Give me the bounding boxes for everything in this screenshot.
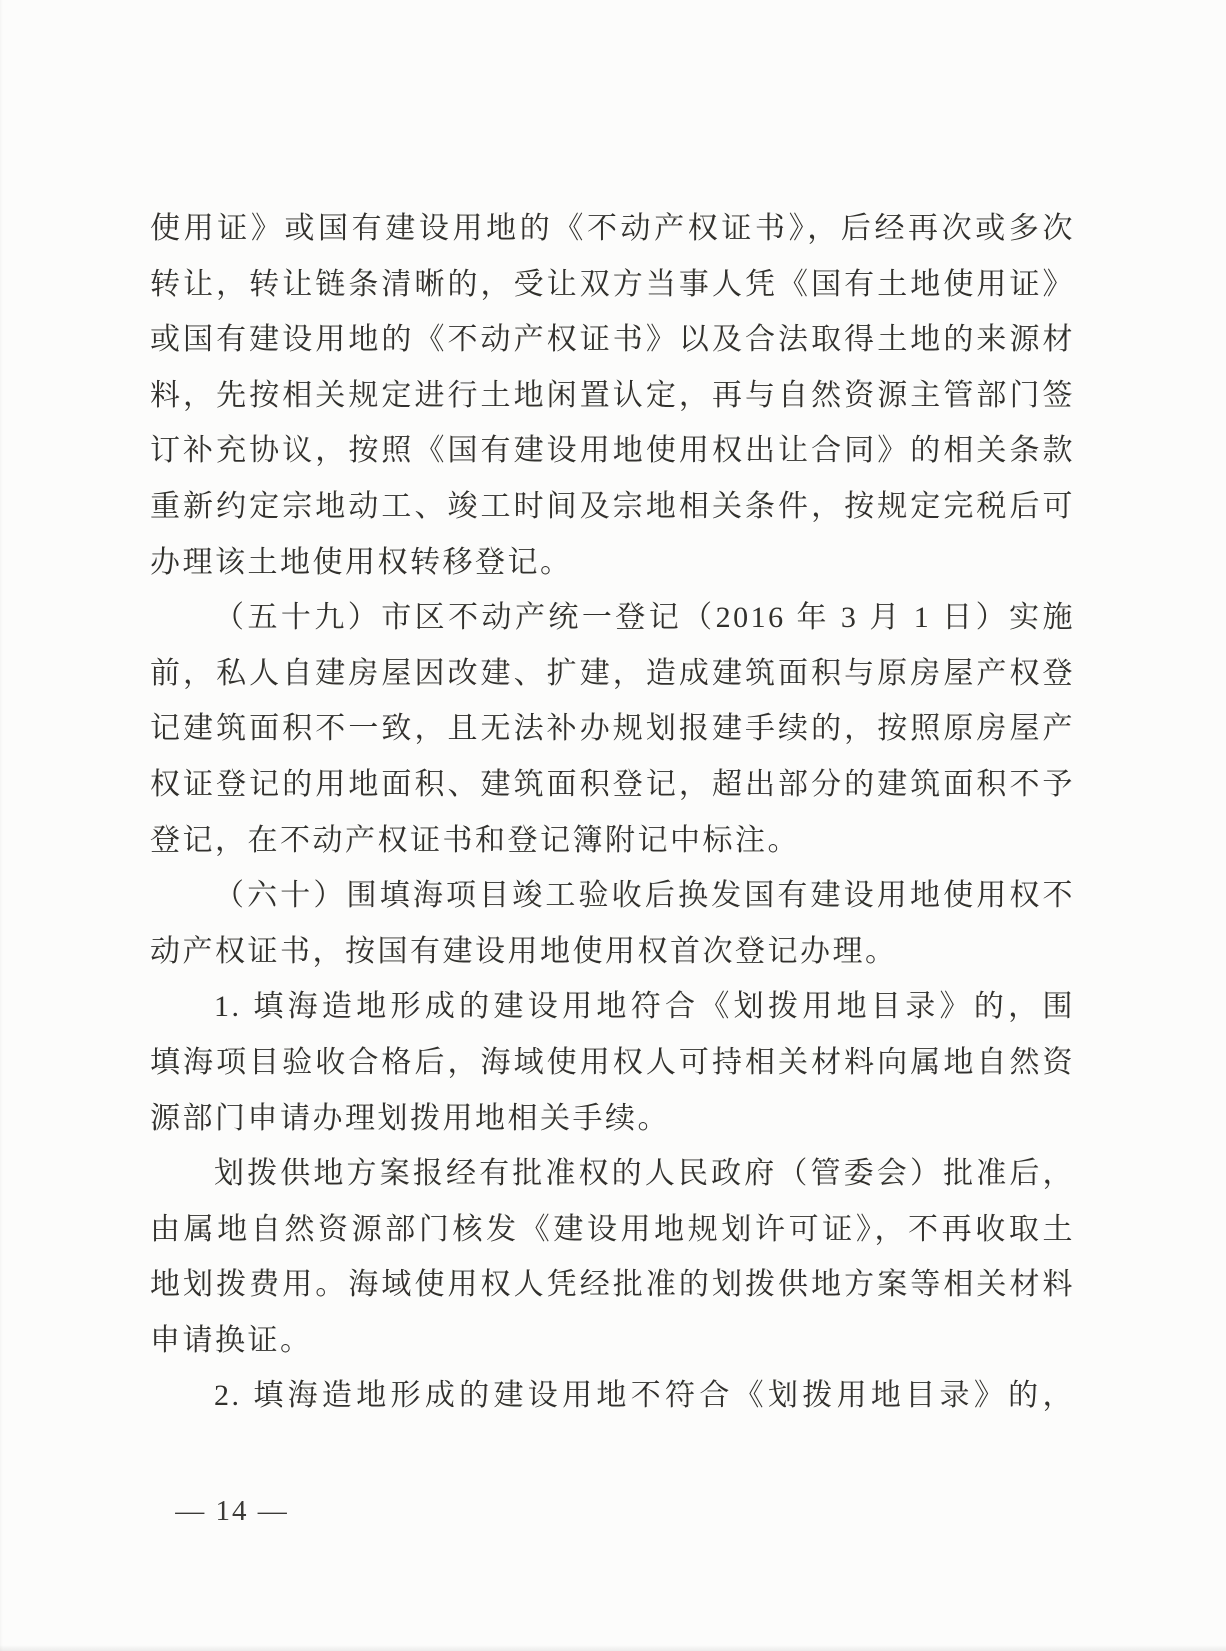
text-line: 由属地自然资源部门核发《建设用地规划许可证》，不再收取土: [150, 1202, 1075, 1258]
text-line: 权证登记的用地面积、建筑面积登记，超出部分的建筑面积不予: [150, 757, 1075, 813]
paragraph: 使用证》或国有建设用地的《不动产权证书》，后经再次或多次转让，转让链条清晰的，受…: [150, 201, 1075, 590]
text-line: （五十九）市区不动产统一登记（2016 年 3 月 1 日）实施: [150, 590, 1075, 646]
text-line: 转让，转让链条清晰的，受让双方当事人凭《国有土地使用证》: [150, 257, 1075, 313]
text-line: 办理该土地使用权转移登记。: [150, 535, 1075, 591]
text-line: 2. 填海造地形成的建设用地不符合《划拨用地目录》的，: [150, 1368, 1075, 1424]
scan-artifact-left-edge: [0, 0, 3, 1651]
text-line: 1. 填海造地形成的建设用地符合《划拨用地目录》的，围: [150, 979, 1075, 1035]
text-line: 源部门申请办理划拨用地相关手续。: [150, 1091, 1075, 1147]
text-line: 划拨供地方案报经有批准权的人民政府（管委会）批准后，: [150, 1146, 1075, 1202]
text-line: 前，私人自建房屋因改建、扩建，造成建筑面积与原房屋产权登: [150, 646, 1075, 702]
paragraph: 2. 填海造地形成的建设用地不符合《划拨用地目录》的，: [150, 1368, 1075, 1424]
paragraph: 1. 填海造地形成的建设用地符合《划拨用地目录》的，围填海项目验收合格后，海域使…: [150, 979, 1075, 1146]
document-page: { "page": { "number_label": "— 14 —" }, …: [0, 0, 1226, 1651]
text-line: 使用证》或国有建设用地的《不动产权证书》，后经再次或多次: [150, 201, 1075, 257]
document-body: 使用证》或国有建设用地的《不动产权证书》，后经再次或多次转让，转让链条清晰的，受…: [150, 201, 1075, 1424]
text-line: （六十）围填海项目竣工验收后换发国有建设用地使用权不: [150, 868, 1075, 924]
page-number: — 14 —: [148, 1488, 316, 1534]
text-line: 记建筑面积不一致，且无法补办规划报建手续的，按照原房屋产: [150, 701, 1075, 757]
text-line: 申请换证。: [150, 1313, 1075, 1369]
text-line: 重新约定宗地动工、竣工时间及宗地相关条件，按规定完税后可: [150, 479, 1075, 535]
text-line: 料，先按相关规定进行土地闲置认定，再与自然资源主管部门签: [150, 368, 1075, 424]
scan-artifact-bottom-edge: [0, 1645, 1226, 1651]
text-line: 动产权证书，按国有建设用地使用权首次登记办理。: [150, 924, 1075, 980]
paragraph: 划拨供地方案报经有批准权的人民政府（管委会）批准后，由属地自然资源部门核发《建设…: [150, 1146, 1075, 1368]
text-line: 地划拨费用。海域使用权人凭经批准的划拨供地方案等相关材料: [150, 1257, 1075, 1313]
text-line: 填海项目验收合格后，海域使用权人可持相关材料向属地自然资: [150, 1035, 1075, 1091]
text-line: 或国有建设用地的《不动产权证书》以及合法取得土地的来源材: [150, 312, 1075, 368]
paragraph: （五十九）市区不动产统一登记（2016 年 3 月 1 日）实施前，私人自建房屋…: [150, 590, 1075, 868]
text-line: 订补充协议，按照《国有建设用地使用权出让合同》的相关条款: [150, 423, 1075, 479]
paragraph: （六十）围填海项目竣工验收后换发国有建设用地使用权不动产权证书，按国有建设用地使…: [150, 868, 1075, 979]
text-line: 登记，在不动产权证书和登记簿附记中标注。: [150, 813, 1075, 869]
